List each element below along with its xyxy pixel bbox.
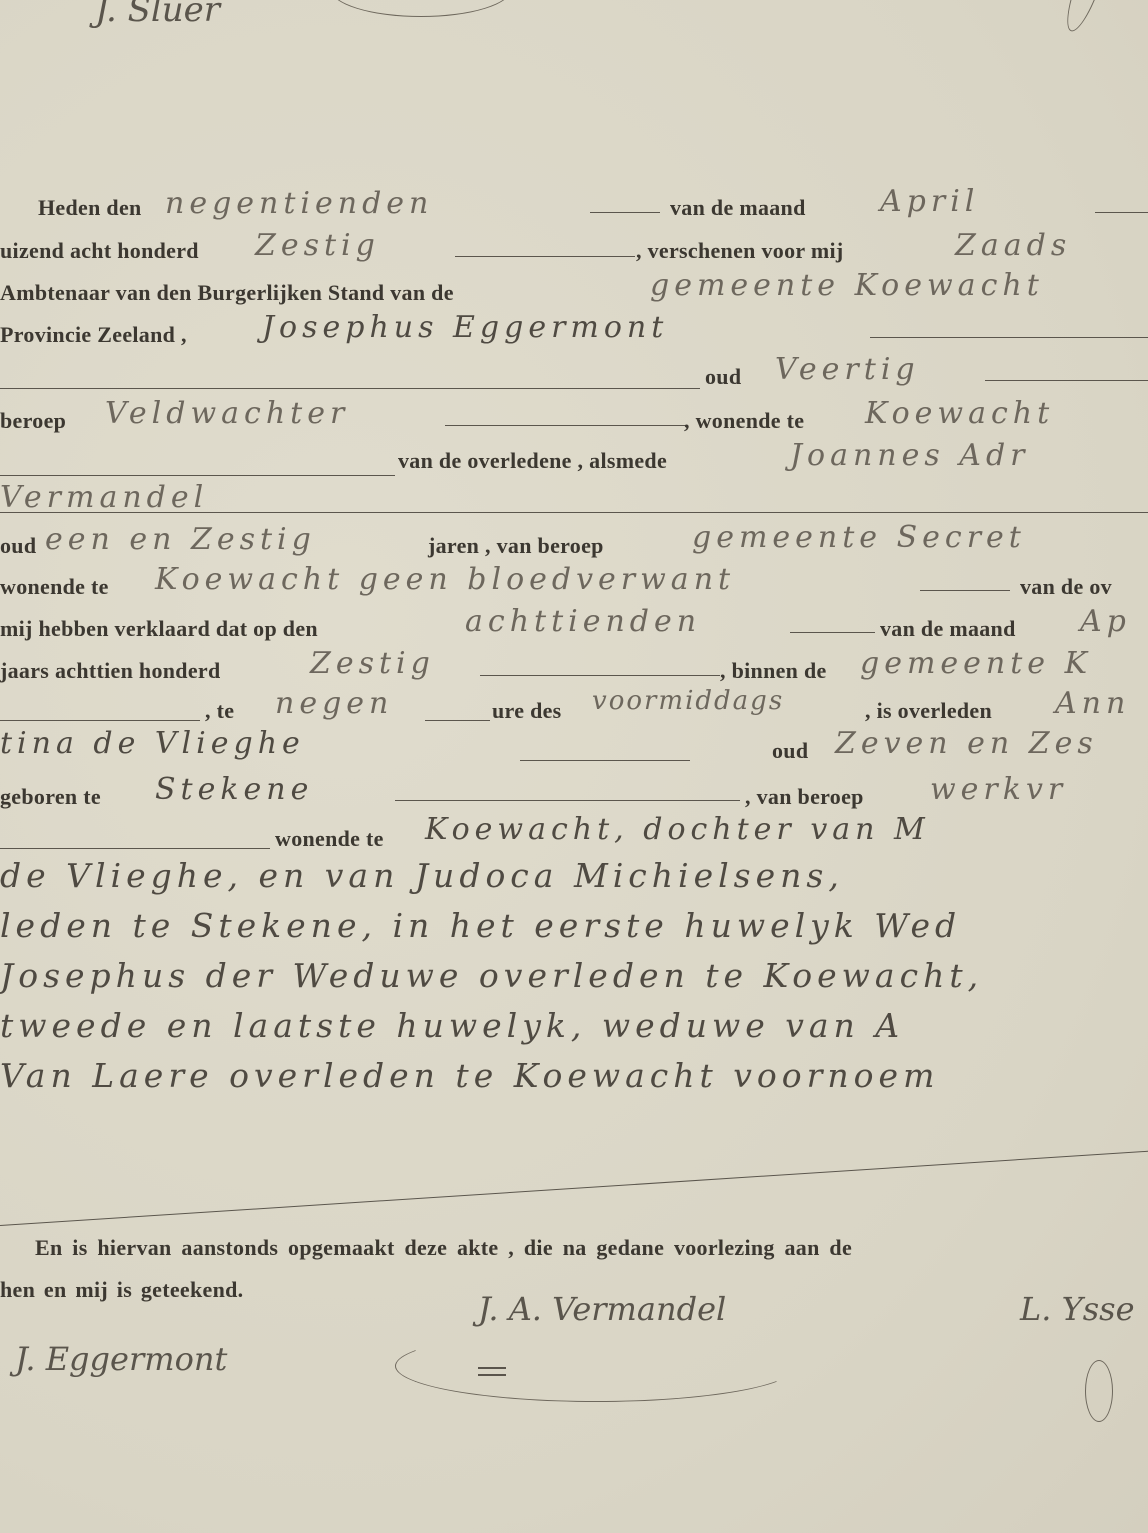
printed-binnen-de: , binnen de bbox=[720, 658, 827, 684]
printed-van-de-ov: van de ov bbox=[1020, 574, 1112, 600]
printed-beroep: beroep bbox=[0, 408, 66, 434]
signature-vermandel: J. A. Vermandel bbox=[478, 1290, 726, 1328]
rule bbox=[790, 632, 875, 633]
rule bbox=[425, 720, 490, 721]
printed-verschenen: , verschenen voor mij bbox=[636, 238, 844, 264]
printed-geboren-te: geboren te bbox=[0, 784, 101, 810]
flourish-mark bbox=[478, 1367, 506, 1369]
rule bbox=[0, 848, 270, 849]
top-signature-fragment: J. Sluer bbox=[95, 0, 220, 30]
printed-jaren-van-beroep: jaren , van beroep bbox=[428, 533, 604, 559]
rule bbox=[520, 760, 690, 761]
signature-eggermont: J. Eggermont bbox=[15, 1340, 227, 1378]
flourish-mark bbox=[478, 1374, 506, 1376]
printed-closing-line-1: En is hiervan aanstonds opgemaakt deze a… bbox=[35, 1235, 852, 1261]
hw-deceased-residence: Koewacht, dochter van M bbox=[425, 812, 930, 847]
hw-declarant-1: Josephus Eggermont bbox=[262, 310, 668, 345]
rule bbox=[1095, 212, 1148, 213]
rule bbox=[455, 256, 635, 257]
hw-parents: de Vlieghe, en van Judoca Michielsens, bbox=[0, 856, 844, 895]
printed-van-de-maand-2: van de maand bbox=[880, 616, 1016, 642]
printed-jaars: jaars achttien honderd bbox=[0, 658, 221, 684]
rule bbox=[590, 212, 660, 213]
hw-second-marriage: tweede en laatste huwelyk, weduwe van A bbox=[0, 1006, 904, 1045]
printed-verklaard: mij hebben verklaard dat op den bbox=[0, 616, 318, 642]
printed-oud-2: oud bbox=[0, 533, 36, 559]
rule bbox=[0, 388, 700, 389]
hw-residence-1: Koewacht bbox=[865, 396, 1054, 431]
printed-oud-3: oud bbox=[772, 738, 808, 764]
hw-deceased-occupation: werkvr bbox=[930, 772, 1067, 807]
hw-death-month: Ap bbox=[1080, 604, 1131, 639]
printed-closing-line-2: hen en mij is geteekend. bbox=[0, 1277, 243, 1303]
hw-hour: negen bbox=[275, 686, 393, 721]
hw-deceased-first: Ann bbox=[1055, 686, 1130, 721]
rule bbox=[0, 475, 395, 476]
hw-death-year: Zestig bbox=[310, 646, 435, 681]
top-right-flourish bbox=[1060, 0, 1115, 35]
signature-ysse: L. Ysse bbox=[1020, 1290, 1135, 1328]
rule bbox=[985, 380, 1148, 381]
rule bbox=[395, 800, 740, 801]
printed-oud: oud bbox=[705, 364, 741, 390]
hw-occupation-2: gemeente Secret bbox=[692, 520, 1026, 555]
hw-residence-2: Koewacht geen bloedverwant bbox=[155, 562, 735, 597]
hw-month: April bbox=[880, 184, 979, 219]
printed-van-beroep: , van beroep bbox=[745, 784, 864, 810]
hw-birthplace: Stekene bbox=[155, 772, 313, 807]
printed-ure-des: ure des bbox=[492, 698, 562, 724]
closing-stroke bbox=[0, 1150, 1148, 1226]
hw-gemeente: gemeente Koewacht bbox=[650, 268, 1044, 303]
hw-second-husband: Van Laere overleden te Koewacht voornoem bbox=[0, 1056, 939, 1095]
hw-year: Zestig bbox=[255, 228, 380, 263]
rule bbox=[445, 425, 685, 426]
printed-wonende-te-3: wonende te bbox=[275, 826, 384, 852]
hw-time-of-day: voormiddags bbox=[592, 686, 784, 716]
printed-ambtenaar: Ambtenaar van den Burgerlijken Stand van… bbox=[0, 280, 454, 306]
hw-deceased-age: Zeven en Zes bbox=[835, 726, 1098, 761]
printed-wonende-te: , wonende te bbox=[684, 408, 804, 434]
signature-flourish bbox=[395, 1330, 797, 1402]
printed-provincie: Provincie Zeeland , bbox=[0, 322, 187, 348]
hw-declarant-2-surname: Vermandel bbox=[0, 480, 208, 515]
printed-heden-den: Heden den bbox=[38, 195, 142, 221]
rule bbox=[0, 720, 200, 721]
printed-van-de-overledene: van de overledene , alsmede bbox=[398, 448, 667, 474]
hw-death-day: achttienden bbox=[465, 604, 701, 639]
hw-age-1: Veertig bbox=[775, 352, 920, 387]
hw-declarant-2: Joannes Adr bbox=[790, 438, 1030, 473]
hw-age-2: een en Zestig bbox=[45, 522, 316, 557]
hw-zaads: Zaads bbox=[955, 228, 1071, 263]
printed-wonende-te-2: wonende te bbox=[0, 574, 109, 600]
printed-is-overleden: , is overleden bbox=[865, 698, 992, 724]
rule bbox=[480, 675, 720, 676]
hw-first-marriage: leden te Stekene, in het eerste huwelyk … bbox=[0, 906, 961, 945]
hw-day: negentienden bbox=[165, 186, 433, 221]
printed-te: , te bbox=[205, 698, 234, 724]
printed-van-de-maand: van de maand bbox=[670, 195, 806, 221]
hw-death-municipality: gemeente K bbox=[860, 646, 1092, 681]
hw-deceased-name: tina de Vlieghe bbox=[0, 726, 305, 761]
hw-first-husband: Josephus der Weduwe overleden te Koewach… bbox=[0, 956, 983, 995]
hw-occupation-1: Veldwachter bbox=[105, 396, 349, 431]
printed-year-prefix: uizend acht honderd bbox=[0, 238, 199, 264]
rule bbox=[870, 337, 1148, 338]
top-flourish bbox=[330, 0, 512, 17]
flourish-loop bbox=[1085, 1360, 1113, 1422]
rule bbox=[920, 590, 1010, 591]
